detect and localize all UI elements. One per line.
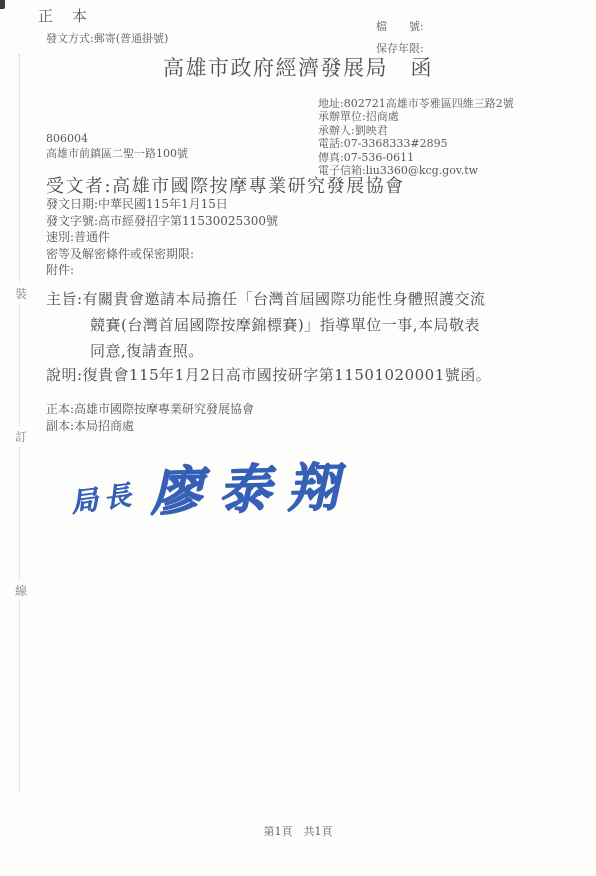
contact-address: 地址:802721高雄市苓雅區四維三路2號	[318, 97, 514, 110]
contact-unit: 承辦單位:招商處	[318, 110, 514, 123]
recipient-zip: 806004	[46, 131, 188, 146]
contact-fax: 傳真:07-536-0611	[318, 151, 514, 164]
subject-line-3: 同意,復請查照。	[90, 340, 204, 361]
recipient-street: 高雄市前鎮區二聖一路100號	[46, 146, 188, 161]
copy-to: 副本:本局招商處	[46, 418, 254, 435]
explanation-line: 說明:復貴會115年1月2日高市國按研字第11501020001號函。	[46, 364, 491, 385]
scan-corner-artifact	[0, 0, 5, 9]
copy-type-label: 正 本	[38, 5, 89, 26]
issue-date: 發文日期:中華民國115年1月15日	[46, 196, 278, 213]
recipient-line: 受文者:高雄市國際按摩專業研究發展協會	[46, 172, 405, 198]
director-general-signature: 局長 廖泰翔	[69, 444, 355, 526]
security-class: 密等及解密條件或保密期限:	[46, 246, 278, 263]
subject-line-1: 主旨:有關貴會邀請本局擔任「台灣首屆國際功能性身體照護交流	[46, 288, 486, 309]
signature-name: 廖泰翔	[149, 444, 355, 524]
subject-line-2: 競賽(台灣首屆國際按摩錦標賽)」指導單位一事,本局敬表	[90, 314, 480, 335]
attachment-label: 附件:	[46, 262, 278, 279]
signature-title: 局長	[68, 473, 139, 520]
speed-class: 速別:普通件	[46, 229, 278, 246]
scanned-official-letter: 正 本 發文方式:郵寄(普通掛號) 檔 號: 保存年限: 高雄市政府經濟發展局 …	[0, 0, 596, 876]
distribution-block: 正本:高雄市國際按摩專業研究發展協會 副本:本局招商處	[46, 401, 254, 435]
contact-phone: 電話:07-3368333#2895	[318, 137, 514, 150]
original-to: 正本:高雄市國際按摩專業研究發展協會	[46, 401, 254, 418]
binding-mark-xian: 線	[13, 580, 29, 601]
agency-contact-block: 地址:802721高雄市苓雅區四維三路2號 承辦單位:招商處 承辦人:劉映君 電…	[318, 97, 514, 177]
binding-mark-zhuang: 裝	[13, 283, 29, 304]
page-number-footer: 第1頁 共1頁	[0, 823, 596, 839]
delivery-method: 發文方式:郵寄(普通掛號)	[46, 30, 168, 46]
file-number-label: 檔 號:	[376, 18, 424, 34]
document-meta-block: 發文日期:中華民國115年1月15日 發文字號:高市經發招字第115300253…	[46, 196, 278, 279]
binding-mark-ding: 訂	[13, 426, 29, 447]
document-title: 高雄市政府經濟發展局 函	[0, 52, 596, 82]
binding-dotted-line	[19, 54, 20, 792]
issue-number: 發文字號:高市經發招字第11530025300號	[46, 213, 278, 230]
contact-person: 承辦人:劉映君	[318, 124, 514, 137]
recipient-address-block: 806004 高雄市前鎮區二聖一路100號	[46, 131, 188, 161]
